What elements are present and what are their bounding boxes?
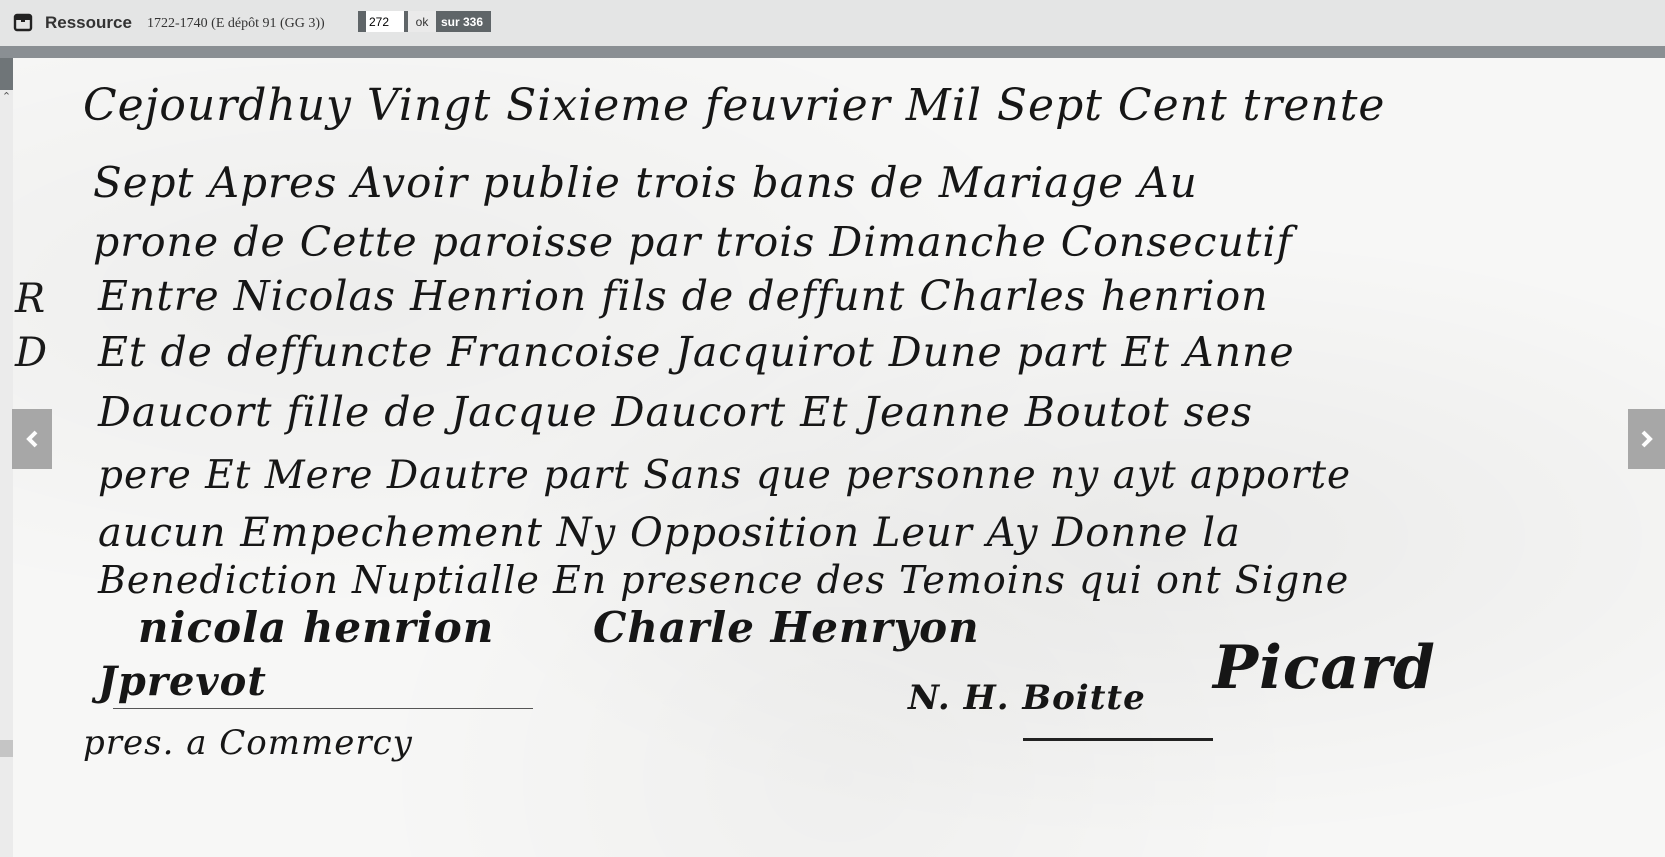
manuscript-line: Benediction Nuptialle En presence des Te…: [98, 558, 1349, 602]
next-page-button[interactable]: [1628, 409, 1665, 469]
manuscript-line: Daucort fille de Jacque Daucort Et Jeann…: [98, 388, 1253, 436]
signature: Jprevot: [98, 658, 267, 705]
toolbar-band: [0, 46, 1665, 58]
margin-note: R: [15, 276, 45, 322]
chevron-right-icon: [1640, 430, 1654, 448]
page-navigator: ok sur 336: [358, 11, 491, 32]
chevron-up-icon[interactable]: ⌃: [0, 90, 13, 104]
margin-note: D: [15, 330, 47, 376]
scrollbar-thumb[interactable]: [0, 740, 13, 757]
manuscript-line: pere Et Mere Dautre part Sans que person…: [98, 453, 1351, 498]
manuscript-line: prone de Cette paroisse par trois Dimanc…: [93, 218, 1293, 266]
top-bar: Ressource 1722-1740 (E dépôt 91 (GG 3)) …: [0, 0, 1665, 46]
signature: Picard: [1213, 633, 1436, 703]
manuscript-line: aucun Empechement Ny Opposition Leur Ay …: [98, 510, 1241, 556]
manuscript-line: Entre Nicolas Henrion fils de deffunt Ch…: [98, 272, 1269, 320]
previous-page-button[interactable]: [12, 409, 52, 469]
signature: N. H. Boitte: [908, 678, 1146, 718]
resource-title: Ressource: [45, 13, 132, 33]
signature: Charle Henryon: [593, 603, 980, 652]
chevron-left-icon: [25, 430, 39, 448]
manuscript-line: Sept Apres Avoir publie trois bans de Ma…: [93, 158, 1198, 207]
manuscript-line: Cejourdhuy Vingt Sixieme feuvrier Mil Se…: [83, 80, 1385, 131]
signature: pres. a Commercy: [83, 723, 413, 763]
side-panel-toggle[interactable]: [0, 58, 13, 90]
page-number-input[interactable]: [366, 11, 404, 32]
page-total: sur 336: [441, 15, 483, 29]
manuscript-image-viewer[interactable]: R D Cejourdhuy Vingt Sixieme feuvrier Mi…: [13, 58, 1665, 857]
go-to-page-button[interactable]: ok: [408, 11, 436, 32]
box-icon: [13, 12, 33, 32]
signature-underline: [113, 708, 533, 709]
resource-subtitle: 1722-1740 (E dépôt 91 (GG 3)): [147, 16, 325, 32]
manuscript-line: Et de deffuncte Francoise Jacquirot Dune…: [98, 328, 1295, 376]
signature: nicola henrion: [138, 603, 494, 652]
signature-underline: [1023, 738, 1213, 741]
